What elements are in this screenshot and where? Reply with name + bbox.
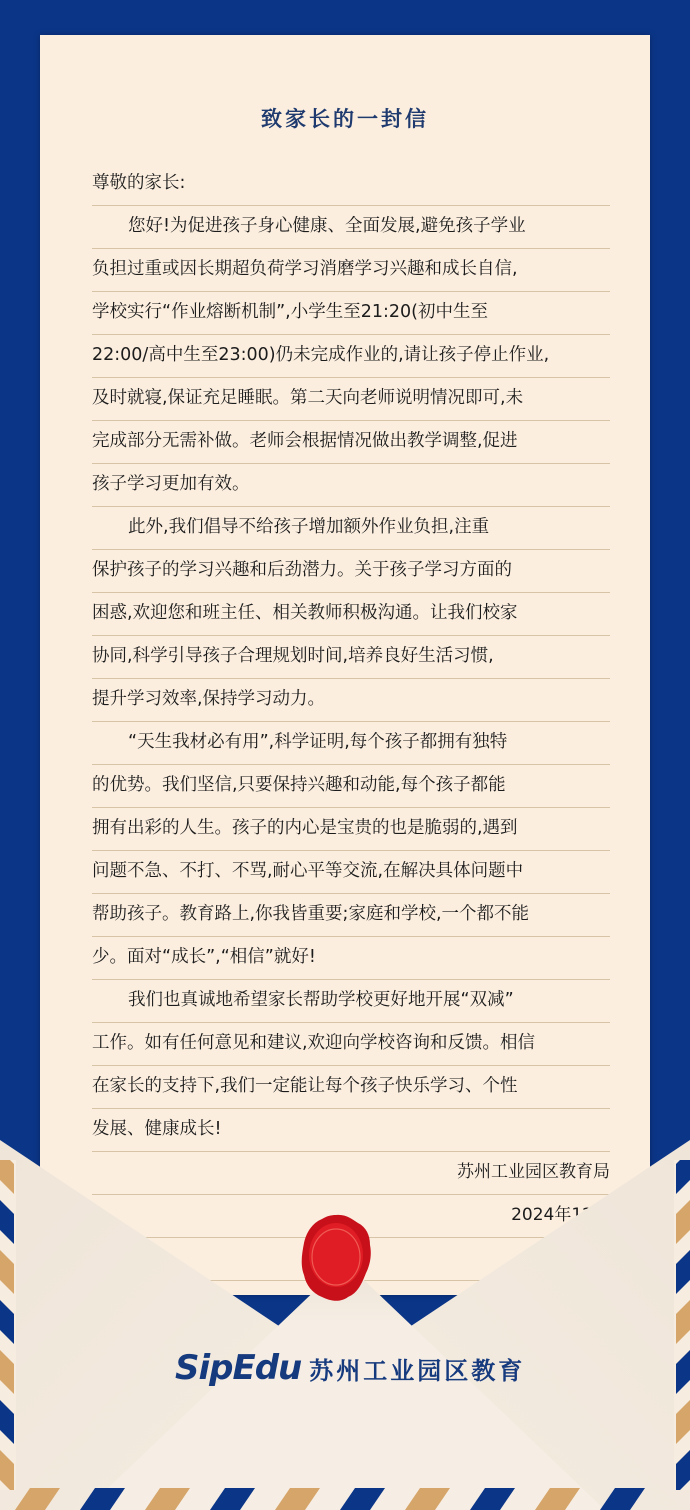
wax-seal-icon [300, 1213, 372, 1303]
body-line: 问题不急、不打、不骂,耐心平等交流,在解决具体问题中 [92, 851, 610, 894]
body-line: 22:00/高中生至23:00)仍未完成作业的,请让孩子停止作业, [92, 335, 610, 378]
body-line: 及时就寝,保证充足睡眠。第二天向老师说明情况即可,未 [92, 378, 610, 421]
body-line: 您好!为促进孩子身心健康、全面发展,避免孩子学业 [92, 206, 610, 249]
body-line: 孩子学习更加有效。 [92, 464, 610, 507]
body-line: 学校实行“作业熔断机制”,小学生至21:20(初中生至 [92, 292, 610, 335]
body-line: 保护孩子的学习兴趣和后劲潜力。关于孩子学习方面的 [92, 550, 610, 593]
signature: 苏州工业园区教育局 [92, 1152, 610, 1195]
letter-title: 致家长的一封信 [40, 103, 650, 133]
body-line: 少。面对“成长”,“相信”就好! [92, 937, 610, 980]
body-line: 在家长的支持下,我们一定能让每个孩子快乐学习、个性 [92, 1066, 610, 1109]
body-line: 的优势。我们坚信,只要保持兴趣和动能,每个孩子都能 [92, 765, 610, 808]
body-line: 协同,科学引导孩子合理规划时间,培养良好生活习惯, [92, 636, 610, 679]
body-line: 困惑,欢迎您和班主任、相关教师积极沟通。让我们校家 [92, 593, 610, 636]
body-line: 此外,我们倡导不给孩子增加额外作业负担,注重 [92, 507, 610, 550]
sipedu-logo: SipEdu 苏州工业园区教育 [175, 1348, 525, 1388]
body-line: 负担过重或因长期超负荷学习消磨学习兴趣和成长自信, [92, 249, 610, 292]
body-line: 帮助孩子。教育路上,你我皆重要;家庭和学校,一个都不能 [92, 894, 610, 937]
body-line: 工作。如有任何意见和建议,欢迎向学校咨询和反馈。相信 [92, 1023, 610, 1066]
letter-body: 尊敬的家长: 您好!为促进孩子身心健康、全面发展,避免孩子学业 负担过重或因长期… [92, 163, 610, 1281]
salutation: 尊敬的家长: [92, 163, 610, 206]
logo-mark: SipEdu [175, 1348, 301, 1388]
body-line: 发展、健康成长! [92, 1109, 610, 1152]
body-line: “天生我材必有用”,科学证明,每个孩子都拥有独特 [92, 722, 610, 765]
body-line: 我们也真诚地希望家长帮助学校更好地开展“双减” [92, 980, 610, 1023]
body-line: 提升学习效率,保持学习动力。 [92, 679, 610, 722]
body-line: 拥有出彩的人生。孩子的内心是宝贵的也是脆弱的,遇到 [92, 808, 610, 851]
body-line: 完成部分无需补做。老师会根据情况做出教学调整,促进 [92, 421, 610, 464]
logo-text: 苏州工业园区教育 [309, 1351, 525, 1386]
letter-paper: 致家长的一封信 尊敬的家长: 您好!为促进孩子身心健康、全面发展,避免孩子学业 … [40, 35, 650, 1295]
